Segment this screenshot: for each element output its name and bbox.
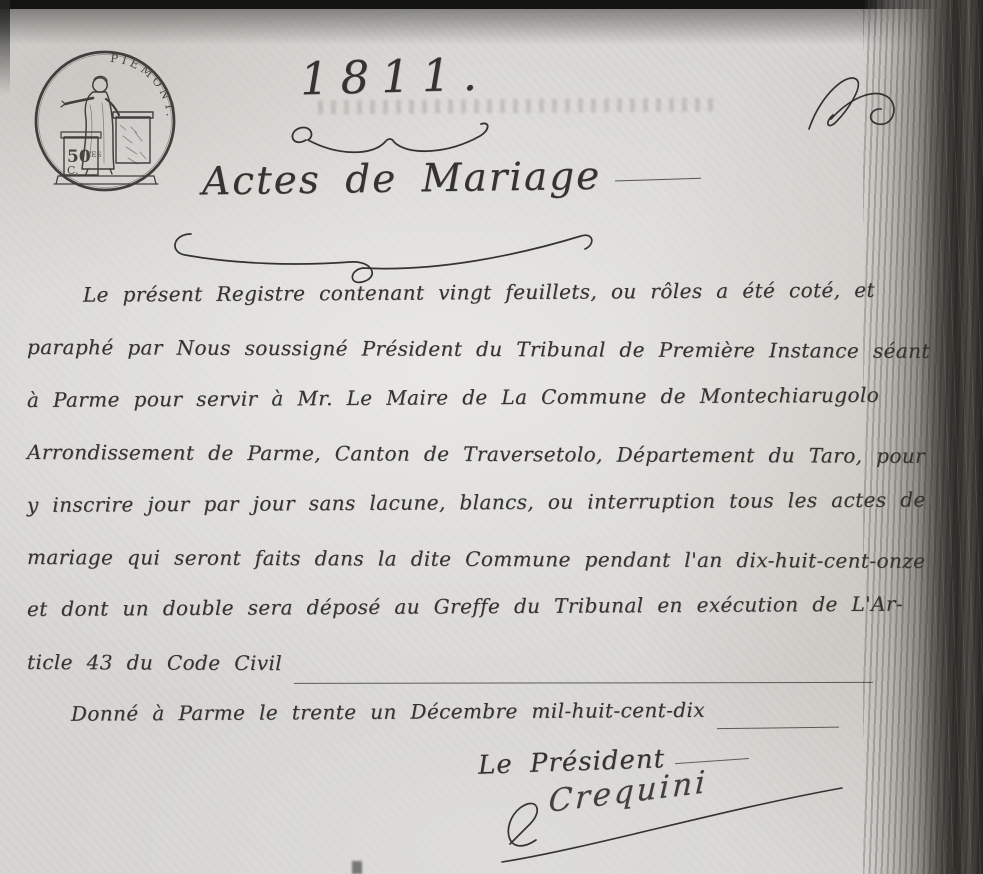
stamp-abbr: C. <box>67 164 79 177</box>
svg-text:PIEMONT.: PIEMONT. <box>110 51 179 120</box>
signature-block: Crequini <box>450 768 882 872</box>
stamp-altar <box>113 112 153 164</box>
manuscript-line: à Parme pour servir à Mr. Le Maire de La… <box>27 383 879 441</box>
stamp-region-label: PIEMONT. <box>110 51 179 120</box>
title-trailing-dash <box>615 178 701 182</box>
scan-edge-left <box>0 0 10 95</box>
page-title-row: Actes de Mariage <box>202 153 702 205</box>
title-flourish-icon <box>165 222 611 288</box>
year-flourish-icon <box>288 110 503 154</box>
piemont-revenue-stamp-icon: PIEMONT. 50 CES C. <box>30 45 180 195</box>
manuscript-body: Le présent Registre contenant vingt feui… <box>27 283 879 755</box>
manuscript-line: y inscrire jour par jour sans lacune, bl… <box>27 487 879 545</box>
stamp-unit: CES <box>86 151 101 159</box>
dateline-trailing-dash <box>717 726 839 728</box>
register-page-scan: PIEMONT. 50 CES C. <box>0 0 983 874</box>
manuscript-line: et dont un double sera déposé au Greffe … <box>27 592 879 650</box>
scan-edge-top <box>0 0 983 9</box>
corner-paraph-icon <box>805 65 907 145</box>
president-trailing-dash <box>675 757 749 763</box>
scan-bottom-mark <box>352 861 362 874</box>
page-title: Actes de Mariage <box>202 154 602 205</box>
fill-rule-line <box>294 681 873 683</box>
manuscript-line: Le présent Registre contenant vingt feui… <box>27 278 879 336</box>
page-top-shadow <box>0 9 983 45</box>
year-heading: 1811. <box>299 48 489 106</box>
dateline: Donné à Parme le trente un Décembre mil-… <box>27 697 879 755</box>
